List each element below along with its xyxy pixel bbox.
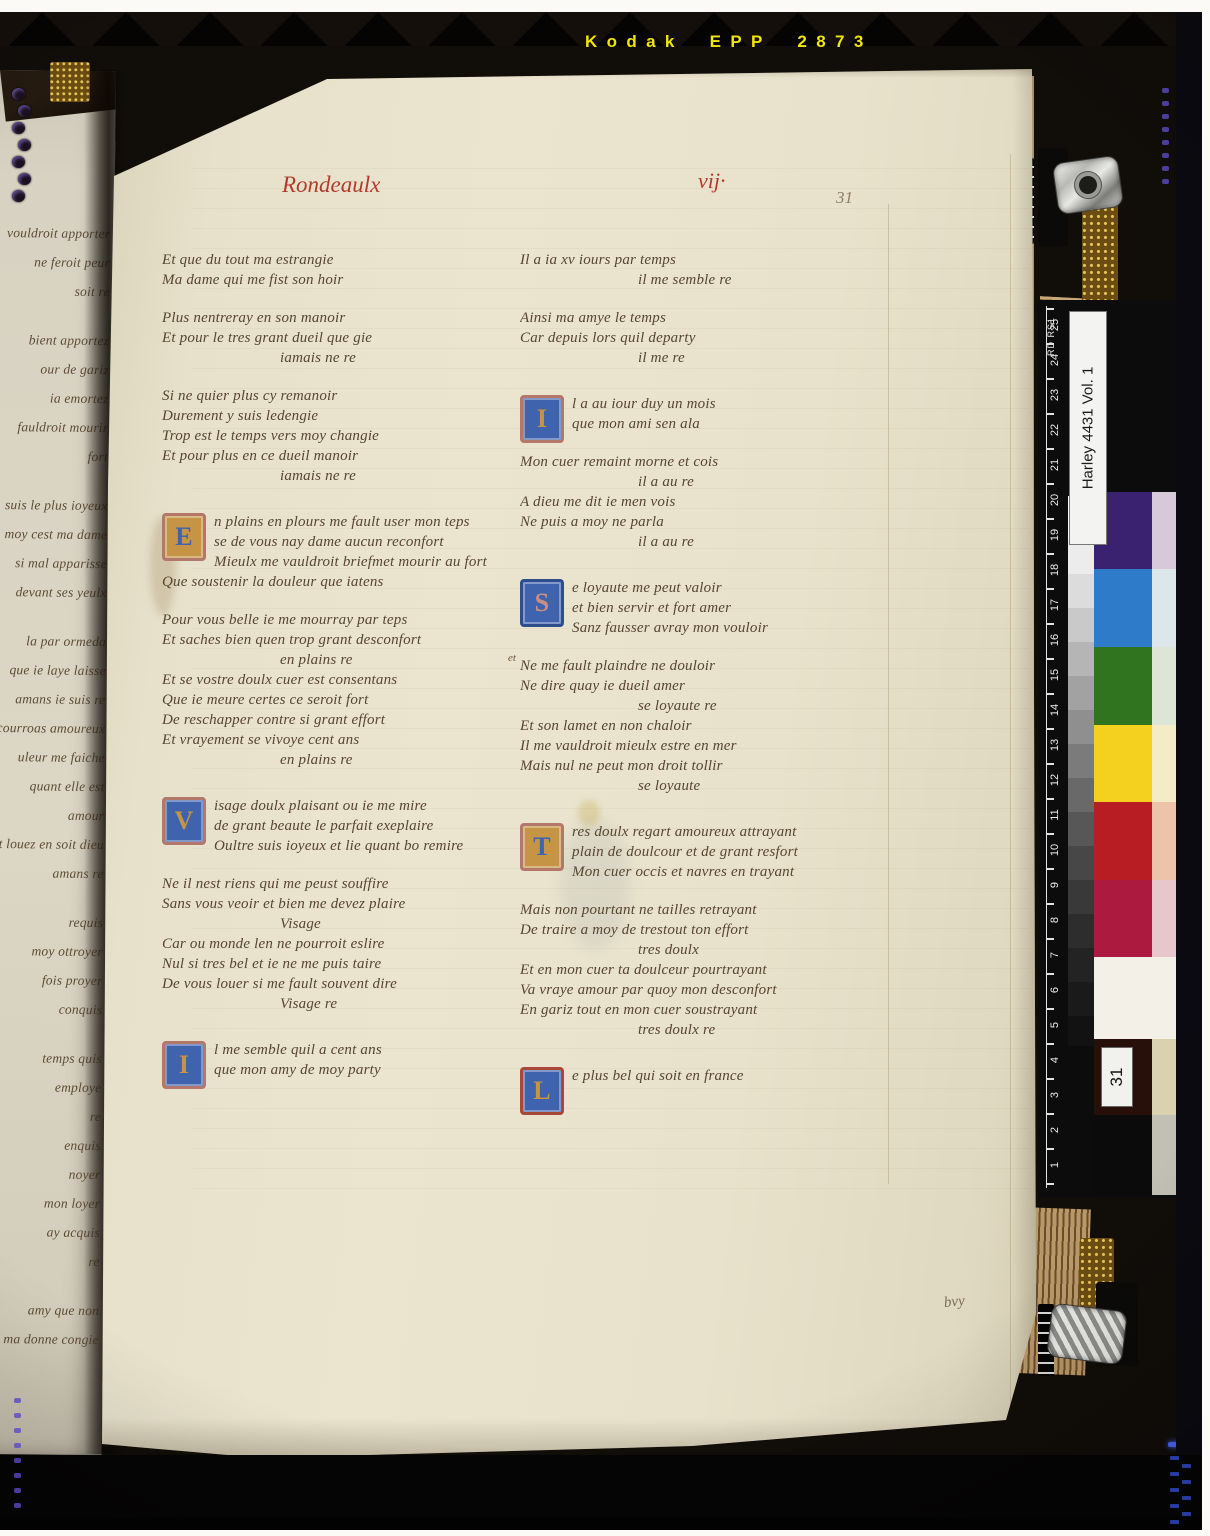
manuscript-line: que mon ami sen ala (520, 414, 950, 434)
i-illuminated-initial: I (520, 395, 564, 443)
manuscript-line: isage doulx plaisant ou ie me mire (162, 796, 562, 816)
manuscript-line: Ainsi ma amye le temps (520, 308, 950, 328)
grayscale-cell (1068, 540, 1094, 574)
manuscript-line: l me semble quil a cent ans (162, 1040, 562, 1060)
binding-bead (12, 156, 25, 168)
manuscript-line: Car ou monde len ne pourroit eslire (162, 934, 562, 954)
shelfmark-label: Harley 4431 Vol. 1 (1070, 312, 1106, 544)
pastel-patch (1152, 1115, 1178, 1195)
folio-tag-label: 31 (1102, 1048, 1132, 1106)
v-illuminated-initial: V (162, 797, 206, 845)
ruler-tick (1046, 763, 1054, 765)
manuscript-line: Nul si tres bel et ie ne me puis taire (162, 954, 562, 974)
manuscript-line: Et que du tout ma estrangie (162, 250, 562, 270)
manuscript-line: Mais non pourtant ne tailles retrayant (520, 900, 950, 920)
film-edge-code (1182, 1464, 1191, 1468)
ruler-number: 17 (1049, 596, 1067, 614)
poem-block: Il a ia xv iours par tempsil me semble r… (520, 250, 950, 368)
stanza-gap (520, 638, 950, 656)
ruler-tick (1046, 483, 1054, 485)
manuscript-line: Et son lamet en non chaloir (520, 716, 950, 736)
ruler-line (1046, 306, 1047, 1188)
manuscript-line: Et pour le tres grant dueil que gie (162, 328, 562, 348)
film-edge-code (1182, 1512, 1191, 1516)
ruler-number: 20 (1049, 491, 1067, 509)
manuscript-line: Mon cuer occis et navres en trayant (520, 862, 950, 882)
manuscript-line: que mon amy de moy party (162, 1060, 562, 1080)
manuscript-line: Que ie meure certes ce seroit fort (162, 690, 562, 710)
ruler-number: 16 (1049, 631, 1067, 649)
film-background: Kodak EPP 2873 vouldroit apporterne fero… (0, 12, 1202, 1530)
pastel-patch (1152, 647, 1178, 725)
manuscript-line: A dieu me dit ie men vois (520, 492, 950, 512)
poem-block: Il me semble quil a cent ansque mon amy … (162, 1040, 562, 1091)
text-column-left: Et que du tout ma estrangieMa dame qui m… (162, 250, 562, 1117)
film-edge-dot (14, 1473, 21, 1478)
manuscript-line: Visage re (162, 994, 562, 1014)
manuscript-line: De vous louer si me fault souvent dire (162, 974, 562, 994)
manuscript-page: Rondeaulx vij· 31 et bvy Et que du tout … (92, 64, 1038, 1458)
grayscale-cell (1068, 1016, 1094, 1046)
grayscale-cell (1068, 608, 1094, 642)
grayscale-cell (1068, 744, 1094, 778)
manuscript-line: Ne il nest riens qui me peust souffire (162, 874, 562, 894)
film-edge-dot (14, 1503, 21, 1508)
clip-hole (1078, 175, 1098, 195)
manuscript-line: il a au re (520, 532, 950, 552)
manuscript-line: Mon cuer remaint morne et cois (520, 452, 950, 472)
stanza-gap (162, 368, 562, 386)
i-illuminated-initial: I (162, 1041, 206, 1089)
ruler-number: 6 (1049, 981, 1067, 999)
poem-block: Il a au iour duy un moisque mon ami sen … (520, 394, 950, 552)
poem-block: Tres doulx regart amoureux attrayantplai… (520, 822, 950, 1040)
manuscript-line: Que soustenir la douleur que iatens (162, 572, 562, 592)
ruler-tick (1046, 553, 1054, 555)
color-patch (1094, 802, 1152, 880)
manuscript-line: iamais ne re (162, 348, 562, 368)
film-edge-dot (14, 1488, 21, 1493)
manuscript-line: n plains en plours me fault user mon tep… (162, 512, 562, 532)
film-edge-dot (14, 1428, 21, 1433)
ruler-number: 21 (1049, 456, 1067, 474)
l-illuminated-initial: L (520, 1067, 564, 1115)
ruler-tick (1046, 658, 1054, 660)
film-edge-dot (14, 1413, 21, 1418)
ruler-tick (1046, 413, 1054, 415)
ruler-tick (1046, 693, 1054, 695)
ruler-number: 7 (1049, 946, 1067, 964)
ruler-tick (1046, 623, 1054, 625)
manuscript-line: Et pour plus en ce dueil manoir (162, 446, 562, 466)
stanza-gap (520, 882, 950, 900)
pastel-patch (1152, 725, 1178, 802)
color-patch (1094, 880, 1152, 957)
manuscript-line: Et saches bien quen trop grant desconfor… (162, 630, 562, 650)
manuscript-line: Ne dire quay ie dueil amer (520, 676, 950, 696)
poem-block: Visage doulx plaisant ou ie me mirede gr… (162, 796, 562, 1014)
ruler-number: 5 (1049, 1016, 1067, 1034)
manuscript-line: Plus nentreray en son manoir (162, 308, 562, 328)
ruler-tick (1046, 1113, 1054, 1115)
poem-block: Se loyaute me peut valoiret bien servir … (520, 578, 950, 796)
ruler-tick (1046, 1043, 1054, 1045)
ruler-tick (1046, 1183, 1054, 1185)
metal-clip-bottom (1047, 1304, 1127, 1365)
stanza-gap (520, 290, 950, 308)
film-edge-dot (1162, 114, 1169, 119)
folio-tag-text: 31 (1107, 1068, 1127, 1087)
manuscript-line: de grant beaute le parfait exeplaire (162, 816, 562, 836)
manuscript-line: Sanz fausser avray mon vouloir (520, 618, 950, 638)
ruler-number: 23 (1049, 386, 1067, 404)
color-patch (1094, 1115, 1152, 1195)
manuscript-line: Mais nul ne peut mon droit tollir (520, 756, 950, 776)
film-edge-dot (1162, 153, 1169, 158)
manuscript-line: Et vrayement se vivoye cent ans (162, 730, 562, 750)
manuscript-line: plain de doulcour et de grant resfort (520, 842, 950, 862)
ruler-number: 22 (1049, 421, 1067, 439)
poem-block: Le plus bel qui soit en france (520, 1066, 950, 1117)
grayscale-cell (1068, 948, 1094, 982)
manuscript-line: Et en mon cuer ta doulceur pourtrayant (520, 960, 950, 980)
film-edge-dot (1162, 166, 1169, 171)
ruler-tick (1046, 798, 1054, 800)
manuscript-line: res doulx regart amoureux attrayant (520, 822, 950, 842)
manuscript-line: iamais ne re (162, 466, 562, 486)
manuscript-line: tres doulx (520, 940, 950, 960)
stanza-gap (520, 434, 950, 452)
photographed-manuscript-frame: Kodak EPP 2873 vouldroit apporterne fero… (0, 0, 1210, 1536)
binding-bead (18, 173, 31, 185)
grayscale-cell (1068, 676, 1094, 710)
pastel-patch (1152, 802, 1178, 880)
metal-clip-top (1053, 156, 1123, 214)
manuscript-line: De traire a moy de trestout ton effort (520, 920, 950, 940)
binding-bead (18, 139, 31, 151)
film-edge-code (1170, 1472, 1179, 1476)
binding-bead (12, 122, 25, 134)
ruler-number: 14 (1049, 701, 1067, 719)
margin-rule (1010, 154, 1011, 1416)
manuscript-line: il a au re (520, 472, 950, 492)
ruler-tick (1046, 973, 1054, 975)
binding-bead (12, 88, 25, 100)
manuscript-line: en plains re (162, 650, 562, 670)
gilt-page-edge-top (1082, 200, 1118, 308)
ruler-tick (1046, 448, 1054, 450)
color-patch (1094, 725, 1152, 802)
ruler-number: 1 (1049, 1156, 1067, 1174)
ruler-tick (1046, 833, 1054, 835)
manuscript-line: Oultre suis ioyeux et lie quant bo remir… (162, 836, 562, 856)
ruler-number: 13 (1049, 736, 1067, 754)
film-edge-code (1170, 1488, 1179, 1492)
manuscript-line: Il me vauldroit mieulx estre en mer (520, 736, 950, 756)
grayscale-cell (1068, 914, 1094, 948)
ruler-tick (1046, 308, 1054, 310)
manuscript-line: Visage (162, 914, 562, 934)
binding-bead (12, 190, 25, 202)
ruler-number: 19 (1049, 526, 1067, 544)
film-edge-dot (1162, 88, 1169, 93)
pastel-patch (1152, 569, 1178, 647)
text-column-right: Il a ia xv iours par tempsil me semble r… (520, 250, 950, 1143)
ruler-number: 2 (1049, 1121, 1067, 1139)
film-edge-dot (1162, 101, 1169, 106)
s-illuminated-initial: S (520, 579, 564, 627)
film-stock-label: Kodak EPP 2873 (585, 32, 873, 52)
pastel-patch (1152, 492, 1178, 569)
color-patch (1094, 957, 1178, 1039)
ruler-tick (1046, 588, 1054, 590)
ruler-number: 11 (1049, 806, 1067, 824)
film-edge-code (1170, 1456, 1179, 1460)
color-patch (1094, 647, 1152, 725)
manuscript-line: Si ne quier plus cy remanoir (162, 386, 562, 406)
ruler-tick (1046, 518, 1054, 520)
pastel-patch (1152, 1039, 1178, 1115)
manuscript-line: se de vous nay dame aucun reconfort (162, 532, 562, 552)
manuscript-line: Pour vous belle ie me mourray par teps (162, 610, 562, 630)
film-bottom-edge (0, 1517, 1202, 1530)
ruler-number: 4 (1049, 1051, 1067, 1069)
manuscript-line: se loyaute (520, 776, 950, 796)
manuscript-line: il me semble re (520, 270, 950, 290)
film-edge-dot (14, 1443, 21, 1448)
ruler-number: 8 (1049, 911, 1067, 929)
grayscale-strip (1068, 496, 1094, 1046)
pencil-mark: bvy (943, 1293, 965, 1312)
ruler-number: 15 (1049, 666, 1067, 684)
manuscript-line: tres doulx re (520, 1020, 950, 1040)
manuscript-line: Trop est le temps vers moy changie (162, 426, 562, 446)
ruler-tick (1046, 903, 1054, 905)
grayscale-cell (1068, 812, 1094, 846)
ruler-number: 24 (1049, 351, 1067, 369)
film-edge-code (1170, 1504, 1179, 1508)
shelfmark-text: Harley 4431 Vol. 1 (1080, 367, 1097, 490)
manuscript-line: Mieulx me vauldroit briefmet mourir au f… (162, 552, 562, 572)
grayscale-cell (1068, 778, 1094, 812)
grayscale-cell (1068, 642, 1094, 676)
poem-block: En plains en plours me fault user mon te… (162, 512, 562, 770)
manuscript-line: En gariz tout en mon cuer soustrayant (520, 1000, 950, 1020)
poem-block: Et que du tout ma estrangieMa dame qui m… (162, 250, 562, 486)
grayscale-cell (1068, 574, 1094, 608)
manuscript-line: Il a ia xv iours par temps (520, 250, 950, 270)
grayscale-cell (1068, 710, 1094, 744)
manuscript-line: Ne puis a moy ne parla (520, 512, 950, 532)
e-illuminated-initial: E (162, 513, 206, 561)
film-edge-dot (1162, 179, 1169, 184)
stanza-gap (162, 592, 562, 610)
film-edge-code (1182, 1496, 1191, 1500)
t-illuminated-initial: T (520, 823, 564, 871)
ruler-tick (1046, 1148, 1054, 1150)
grayscale-cell (1068, 880, 1094, 914)
ruler-tick (1046, 378, 1054, 380)
manuscript-line: Car depuis lors quil departy (520, 328, 950, 348)
ruler-tick (1046, 1008, 1054, 1010)
color-patch (1094, 569, 1152, 647)
rubric-section-title: Rondeaulx (282, 172, 380, 198)
rubric-quire-number: vij· (698, 168, 726, 194)
manuscript-line: Ma dame qui me fist son hoir (162, 270, 562, 290)
ruler-number: 9 (1049, 876, 1067, 894)
ruler-tick (1046, 343, 1054, 345)
manuscript-line: Va vraye amour par quoy mon desconfort (520, 980, 950, 1000)
film-edge-code (1182, 1480, 1191, 1484)
grayscale-cell (1068, 982, 1094, 1016)
film-edge-code (1170, 1520, 1179, 1524)
manuscript-line: il me re (520, 348, 950, 368)
manuscript-line: en plains re (162, 750, 562, 770)
folio-number: 31 (836, 188, 853, 208)
film-edge-dot (1162, 127, 1169, 132)
film-edge-dot (1162, 140, 1169, 145)
manuscript-line: et bien servir et fort amer (520, 598, 950, 618)
stanza-gap (162, 290, 562, 308)
manuscript-line: Ne me fault plaindre ne douloir (520, 656, 950, 676)
ruler-number: 25 (1049, 316, 1067, 334)
manuscript-line: Sans vous veoir et bien me devez plaire (162, 894, 562, 914)
manuscript-line: De reschapper contre si grant effort (162, 710, 562, 730)
ruler-tick (1046, 1078, 1054, 1080)
film-edge-dot (14, 1398, 21, 1403)
manuscript-line: Durement y suis ledengie (162, 406, 562, 426)
pastel-patch (1152, 880, 1178, 957)
ruler-tick (1046, 868, 1054, 870)
manuscript-line: Et se vostre doulx cuer est consentans (162, 670, 562, 690)
manuscript-line: l a au iour duy un mois (520, 394, 950, 414)
ruler-number: 18 (1049, 561, 1067, 579)
manuscript-line: e plus bel qui soit en france (520, 1066, 950, 1086)
ruler-tick (1046, 938, 1054, 940)
film-edge-dot (14, 1458, 21, 1463)
ruler-number: 12 (1049, 771, 1067, 789)
binding-bead (18, 105, 31, 117)
manuscript-line: se loyaute re (520, 696, 950, 716)
grayscale-cell (1068, 846, 1094, 880)
ruler-tick (1046, 728, 1054, 730)
film-edge-strip (1176, 12, 1202, 1530)
ruler-number: 10 (1049, 841, 1067, 859)
manuscript-line: e loyaute me peut valoir (520, 578, 950, 598)
ruler-number: 3 (1049, 1086, 1067, 1104)
stanza-gap (162, 856, 562, 874)
